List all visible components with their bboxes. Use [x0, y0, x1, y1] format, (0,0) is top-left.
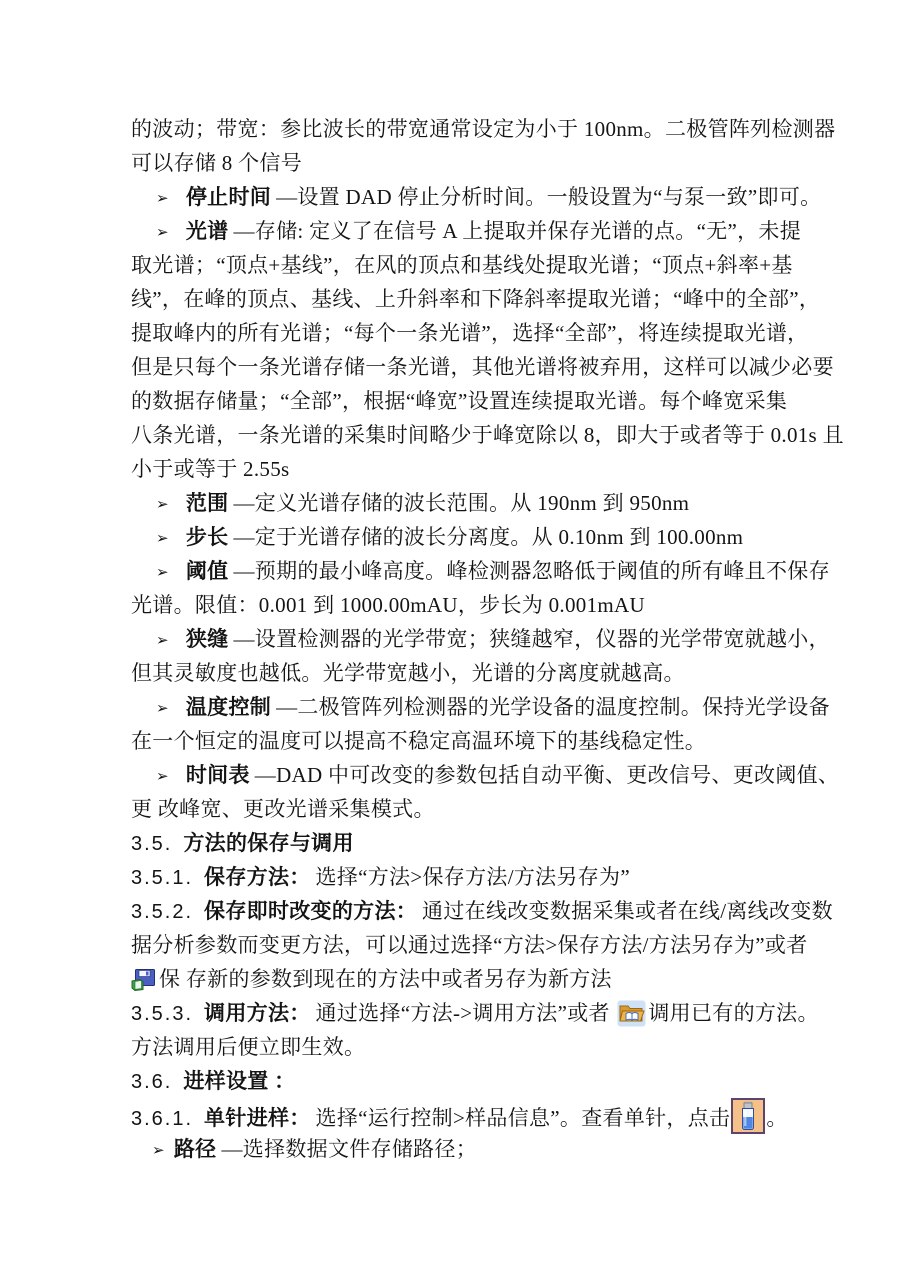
section-number: 3.6.1.: [131, 1102, 193, 1136]
body-text: —选择数据文件存储路径；: [221, 1137, 477, 1161]
body-text: 光谱。限值：0.001 到 1000.00mAU，步长为 0.001mAU: [131, 593, 645, 617]
section-number: 3.5.3.: [131, 997, 193, 1031]
body-text: 线”，在峰的顶点、基线、上升斜率和下降斜率提取光谱；“峰中的全部”，: [131, 287, 820, 311]
paragraph-line: 在一个恒定的温度可以提高不稳定高温环境下的基线稳定性。: [131, 724, 791, 758]
bullet-term: 范围: [186, 491, 229, 515]
section-number: 3.6.: [131, 1065, 172, 1099]
body-text: —存储: 定义了在信号 A 上提取并保存光谱的点。“无”，未提: [233, 219, 801, 243]
body-text: 更 改峰宽、更改光谱采集模式。: [131, 797, 435, 821]
body-text: 选择“运行控制>样品信息”。查看单针，点击: [316, 1106, 731, 1130]
section-heading-3-5: 3.5.方法的保存与调用: [131, 826, 791, 860]
numbered-item-3-5-1: 3.5.1.保存方法：选择“方法>保存方法/方法另存为”: [131, 860, 791, 894]
paragraph-line: 的数据存储量；“全部”，根据“峰宽”设置连续提取光谱。每个峰宽采集: [131, 384, 791, 418]
bullet-term: 时间表: [186, 763, 250, 787]
numbered-item-3-6-1: 3.6.1.单针进样：选择“运行控制>样品信息”。查看单针，点击。: [131, 1098, 791, 1132]
paragraph-line: 但是只每个一条光谱存储一条光谱，其他光谱将被弃用，这样可以减少必要: [131, 350, 791, 384]
document-text-block: 的波动；带宽：参比波长的带宽通常设定为小于 100nm。二极管阵列检测器 可以存…: [131, 112, 791, 1166]
load-method-icon: [617, 1000, 646, 1027]
item-term: 单针进样：: [204, 1106, 311, 1130]
bullet-arrow-icon: ➢: [156, 216, 169, 250]
paragraph-line: 线”，在峰的顶点、基线、上升斜率和下降斜率提取光谱；“峰中的全部”，: [131, 282, 791, 316]
body-text: 选择“方法>保存方法/方法另存为”: [316, 865, 630, 889]
bullet-term: 温度控制: [186, 695, 271, 719]
bullet-arrow-icon: ➢: [156, 522, 169, 556]
bullet-arrow-icon: ➢: [156, 760, 169, 794]
body-text: 的波动；带宽：参比波长的带宽通常设定为小于 100nm。二极管阵列检测器: [131, 117, 835, 141]
body-text: 通过在线改变数据采集或者在线/离线改变数: [422, 899, 833, 923]
body-text: 调用已有的方法。: [648, 1001, 818, 1025]
body-text: —定于光谱存储的波长分离度。从 0.10nm 到 100.00nm: [233, 525, 743, 549]
body-text: 可以存储 8 个信号: [131, 151, 302, 175]
body-text: 方法调用后便立即生效。: [131, 1035, 365, 1059]
paragraph-line: 可以存储 8 个信号: [131, 146, 791, 180]
bullet-item-range: ➢范围—定义光谱存储的波长范围。从 190nm 到 950nm: [131, 486, 791, 520]
bullet-item-temperature-control: ➢温度控制—二极管阵列检测器的光学设备的温度控制。保持光学设备: [131, 690, 791, 724]
body-text: 小于或等于 2.55s: [131, 457, 289, 481]
bullet-arrow-icon: ➢: [152, 1134, 165, 1168]
item-term: 调用方法：: [204, 1001, 311, 1025]
numbered-item-3-5-2: 3.5.2.保存即时改变的方法：通过在线改变数据采集或者在线/离线改变数: [131, 894, 791, 928]
bullet-item-timetable: ➢时间表—DAD 中可改变的参数包括自动平衡、更改信号、更改阈值、: [131, 758, 791, 792]
body-text: —预期的最小峰高度。峰检测器忽略低于阈值的所有峰且不保存: [233, 559, 829, 583]
bullet-arrow-icon: ➢: [156, 692, 169, 726]
bullet-term: 光谱: [186, 219, 229, 243]
paragraph-line: 提取峰内的所有光谱；“每个一条光谱”，选择“全部”，将连续提取光谱，: [131, 316, 791, 350]
paragraph-line: 八条光谱，一条光谱的采集时间略少于峰宽除以 8，即大于或者等于 0.01s 且: [131, 418, 791, 452]
paragraph-line: 取光谱；“顶点+基线”，在风的顶点和基线处提取光谱；“顶点+斜率+基: [131, 248, 791, 282]
body-text: —设置 DAD 停止分析时间。一般设置为“与泵一致”即可。: [276, 185, 821, 209]
paragraph-line: 据分析参数而变更方法，可以通过选择“方法>保存方法/方法另存为”或者: [131, 928, 791, 962]
bullet-term: 路径: [174, 1137, 217, 1161]
section-number: 3.5.1.: [131, 861, 193, 895]
body-text: 保 存新的参数到现在的方法中或者另存为新方法: [159, 967, 612, 991]
paragraph-line: 的波动；带宽：参比波长的带宽通常设定为小于 100nm。二极管阵列检测器: [131, 112, 791, 146]
bullet-arrow-icon: ➢: [156, 488, 169, 522]
body-text: —设置检测器的光学带宽；狭缝越窄，仪器的光学带宽就越小，: [233, 627, 829, 651]
document-page: 的波动；带宽：参比波长的带宽通常设定为小于 100nm。二极管阵列检测器 可以存…: [0, 0, 900, 1273]
body-text: 的数据存储量；“全部”，根据“峰宽”设置连续提取光谱。每个峰宽采集: [131, 389, 787, 413]
body-text: 提取峰内的所有光谱；“每个一条光谱”，选择“全部”，将连续提取光谱，: [131, 321, 808, 345]
bullet-item-step: ➢步长—定于光谱存储的波长分离度。从 0.10nm 到 100.00nm: [131, 520, 791, 554]
section-title: 进样设置 ：: [183, 1069, 295, 1093]
section-number: 3.5.: [131, 827, 172, 861]
body-text: —二极管阵列检测器的光学设备的温度控制。保持光学设备: [276, 695, 830, 719]
paragraph-line-with-save-icon: 保 存新的参数到现在的方法中或者另存为新方法: [131, 962, 791, 996]
bullet-item-slit: ➢狭缝—设置检测器的光学带宽；狭缝越窄，仪器的光学带宽就越小，: [131, 622, 791, 656]
item-term: 保存即时改变的方法：: [204, 899, 417, 923]
bullet-item-stop-time: ➢停止时间—设置 DAD 停止分析时间。一般设置为“与泵一致”即可。: [131, 180, 791, 214]
body-text: —定义光谱存储的波长范围。从 190nm 到 950nm: [233, 491, 689, 515]
save-method-icon: [131, 968, 156, 991]
body-text: 通过选择“方法->调用方法”或者: [316, 1001, 616, 1025]
section-heading-3-6: 3.6.进样设置 ：: [131, 1064, 791, 1098]
bullet-arrow-icon: ➢: [156, 624, 169, 658]
numbered-item-3-5-3: 3.5.3.调用方法：通过选择“方法->调用方法”或者 调用已有的方法。: [131, 996, 791, 1030]
paragraph-line: 但其灵敏度也越低。光学带宽越小，光谱的分离度就越高。: [131, 656, 791, 690]
section-number: 3.5.2.: [131, 895, 193, 929]
body-text: 在一个恒定的温度可以提高不稳定高温环境下的基线稳定性。: [131, 729, 706, 753]
body-text: 取光谱；“顶点+基线”，在风的顶点和基线处提取光谱；“顶点+斜率+基: [131, 253, 793, 277]
bullet-item-threshold: ➢阈值—预期的最小峰高度。峰检测器忽略低于阈值的所有峰且不保存: [131, 554, 791, 588]
paragraph-line: 更 改峰宽、更改光谱采集模式。: [131, 792, 791, 826]
bullet-term: 阈值: [186, 559, 229, 583]
body-text: 但是只每个一条光谱存储一条光谱，其他光谱将被弃用，这样可以减少必要: [131, 355, 834, 379]
section-title: 方法的保存与调用: [183, 831, 353, 855]
body-text: 。: [766, 1106, 787, 1130]
bullet-item-spectrum: ➢光谱—存储: 定义了在信号 A 上提取并保存光谱的点。“无”，未提: [131, 214, 791, 248]
paragraph-line: 小于或等于 2.55s: [131, 452, 791, 486]
bullet-arrow-icon: ➢: [156, 182, 169, 216]
body-text: 但其灵敏度也越低。光学带宽越小，光谱的分离度就越高。: [131, 661, 685, 685]
body-text: 据分析参数而变更方法，可以通过选择“方法>保存方法/方法另存为”或者: [131, 933, 808, 957]
sample-vial-icon: [731, 1098, 765, 1134]
bullet-item-path: ➢路径—选择数据文件存储路径；: [131, 1132, 791, 1166]
item-term: 保存方法：: [204, 865, 311, 889]
bullet-term: 步长: [186, 525, 229, 549]
body-text: —DAD 中可改变的参数包括自动平衡、更改信号、更改阈值、: [255, 763, 839, 787]
bullet-term: 狭缝: [186, 627, 229, 651]
bullet-arrow-icon: ➢: [156, 556, 169, 590]
bullet-term: 停止时间: [186, 185, 271, 209]
paragraph-line: 光谱。限值：0.001 到 1000.00mAU，步长为 0.001mAU: [131, 588, 791, 622]
paragraph-line: 方法调用后便立即生效。: [131, 1030, 791, 1064]
body-text: 八条光谱，一条光谱的采集时间略少于峰宽除以 8，即大于或者等于 0.01s 且: [131, 423, 844, 447]
